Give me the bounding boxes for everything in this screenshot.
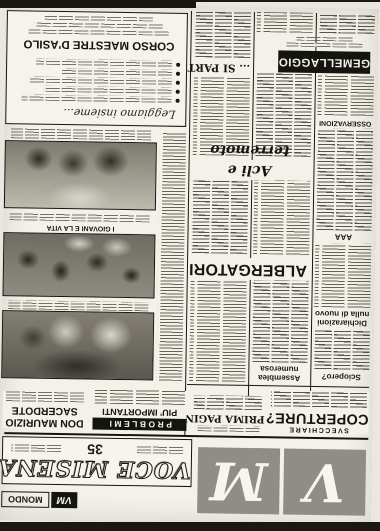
photo-heading-giovani: I GIOVANI E LA VITA xyxy=(6,223,156,232)
headline-problemi-line2: PIU' IMPORTANTI xyxy=(93,407,187,418)
fake-text-block xyxy=(313,329,370,370)
masthead-logo-v-letter: V xyxy=(304,451,345,513)
headline-problemi: PROBLEMI PIU' IMPORTANTI xyxy=(92,390,187,431)
headline-coperture-title: COPERTURE? xyxy=(268,409,368,427)
fake-text-block xyxy=(156,133,186,381)
fake-text-block xyxy=(29,28,169,35)
fake-text-block xyxy=(253,180,310,255)
fake-text-block xyxy=(6,391,84,402)
fake-text-block xyxy=(62,68,172,76)
fake-text-block xyxy=(271,390,367,408)
vm-mondo-logo: VM MONDO xyxy=(1,490,77,508)
bullet-dot-icon xyxy=(176,99,180,103)
ad-script-line: Leggiamo insieme... xyxy=(62,106,176,121)
masthead-title-box: VOCE MISENA 35 xyxy=(2,436,193,487)
scan-edge-bottom xyxy=(0,522,380,531)
headline-don-maurizio-line1: DON MAURIZIO xyxy=(2,416,86,429)
headline-band-rule xyxy=(187,384,369,388)
fake-text-block xyxy=(135,445,183,454)
photo-ordination-1 xyxy=(1,310,154,380)
vm-mondo-mondo: MONDO xyxy=(1,491,49,508)
photo-caption xyxy=(11,128,151,140)
fake-text-block xyxy=(36,59,172,67)
fake-text-block xyxy=(251,280,308,363)
fake-text-block xyxy=(314,243,371,308)
headline-albergatori: ALBERGATORI xyxy=(189,257,307,281)
fake-text-block xyxy=(22,94,172,102)
headline-don-maurizio-line2: SACERDOTE xyxy=(3,404,87,417)
subhead-assemblea: Assemblea numerosa xyxy=(251,364,307,383)
masthead-logo-m-letter: M xyxy=(209,450,268,512)
fake-text-block xyxy=(30,76,172,84)
ad-title: CORSO MAESTRE D'ASILO xyxy=(11,37,186,52)
headline-coperture: SVECCHIARE COPERTURE? xyxy=(268,390,369,434)
headline-acli-terremoto: Acli e terremoto xyxy=(190,159,308,181)
ad-box-corso-maestre: Leggiamo insieme... xyxy=(5,10,188,127)
fake-text-block xyxy=(189,279,247,382)
vm-mondo-vm: VM xyxy=(51,492,77,508)
photo-caption xyxy=(10,212,150,222)
fake-text-block xyxy=(11,443,61,452)
fake-text-block xyxy=(319,13,375,34)
ad-bullet-list xyxy=(11,56,187,104)
bullet-dot-icon xyxy=(176,90,180,94)
masthead-price: 35 xyxy=(81,441,109,457)
newspaper-page: V M VM MONDO VOCE MISENA 35 SVECCHIARE C… xyxy=(0,3,379,526)
bullet-dot-icon xyxy=(176,81,180,85)
fake-text-block xyxy=(194,395,262,410)
bullet-dot-icon xyxy=(176,63,180,67)
fake-text-block xyxy=(95,390,185,405)
fake-text-block xyxy=(316,128,374,231)
fake-text-block xyxy=(194,11,251,58)
headline-don-maurizio: DON MAURIZIO SACERDOTE xyxy=(2,391,87,429)
fake-text-block xyxy=(45,15,153,22)
bullet-dot-icon xyxy=(176,72,180,76)
fake-text-block xyxy=(286,43,362,48)
headline-problemi-line1: PROBLEMI xyxy=(92,418,186,431)
photo-ordination-2 xyxy=(2,232,155,298)
masthead-title: VOCE MISENA xyxy=(3,454,191,483)
subhead-dichiarazioni: Dichiarazioni nulla di nuovo xyxy=(314,309,370,328)
newspaper-scan: V M VM MONDO VOCE MISENA 35 SVECCHIARE C… xyxy=(0,0,380,531)
masthead-logo-m: M xyxy=(197,447,280,514)
subhead-osservazioni: OSSERVAZIONI xyxy=(317,118,373,127)
scan-edge-top-left xyxy=(0,0,196,8)
fake-text-block xyxy=(195,425,259,432)
subhead-sciopero: Sciopero? xyxy=(313,372,369,382)
subhead-aaa: AAA xyxy=(315,232,371,242)
fake-text-block xyxy=(317,75,374,116)
fake-text-block xyxy=(257,12,313,33)
fake-text-block xyxy=(35,22,163,29)
fake-text-block xyxy=(191,179,248,254)
fake-text-block xyxy=(297,37,353,42)
headline-gemellaggio-fragment: ... SI PARTE xyxy=(194,61,250,74)
headline-prima-pagina: PRIMA PAGINA xyxy=(190,395,265,432)
masthead-logo-v: V xyxy=(283,449,366,516)
fake-text-block xyxy=(44,86,172,94)
headline-gemellaggio: GEMELLAGGIO xyxy=(278,50,370,73)
photo-ordination-3 xyxy=(4,140,157,210)
headline-prima-pagina-title: PRIMA PAGINA xyxy=(191,412,265,424)
